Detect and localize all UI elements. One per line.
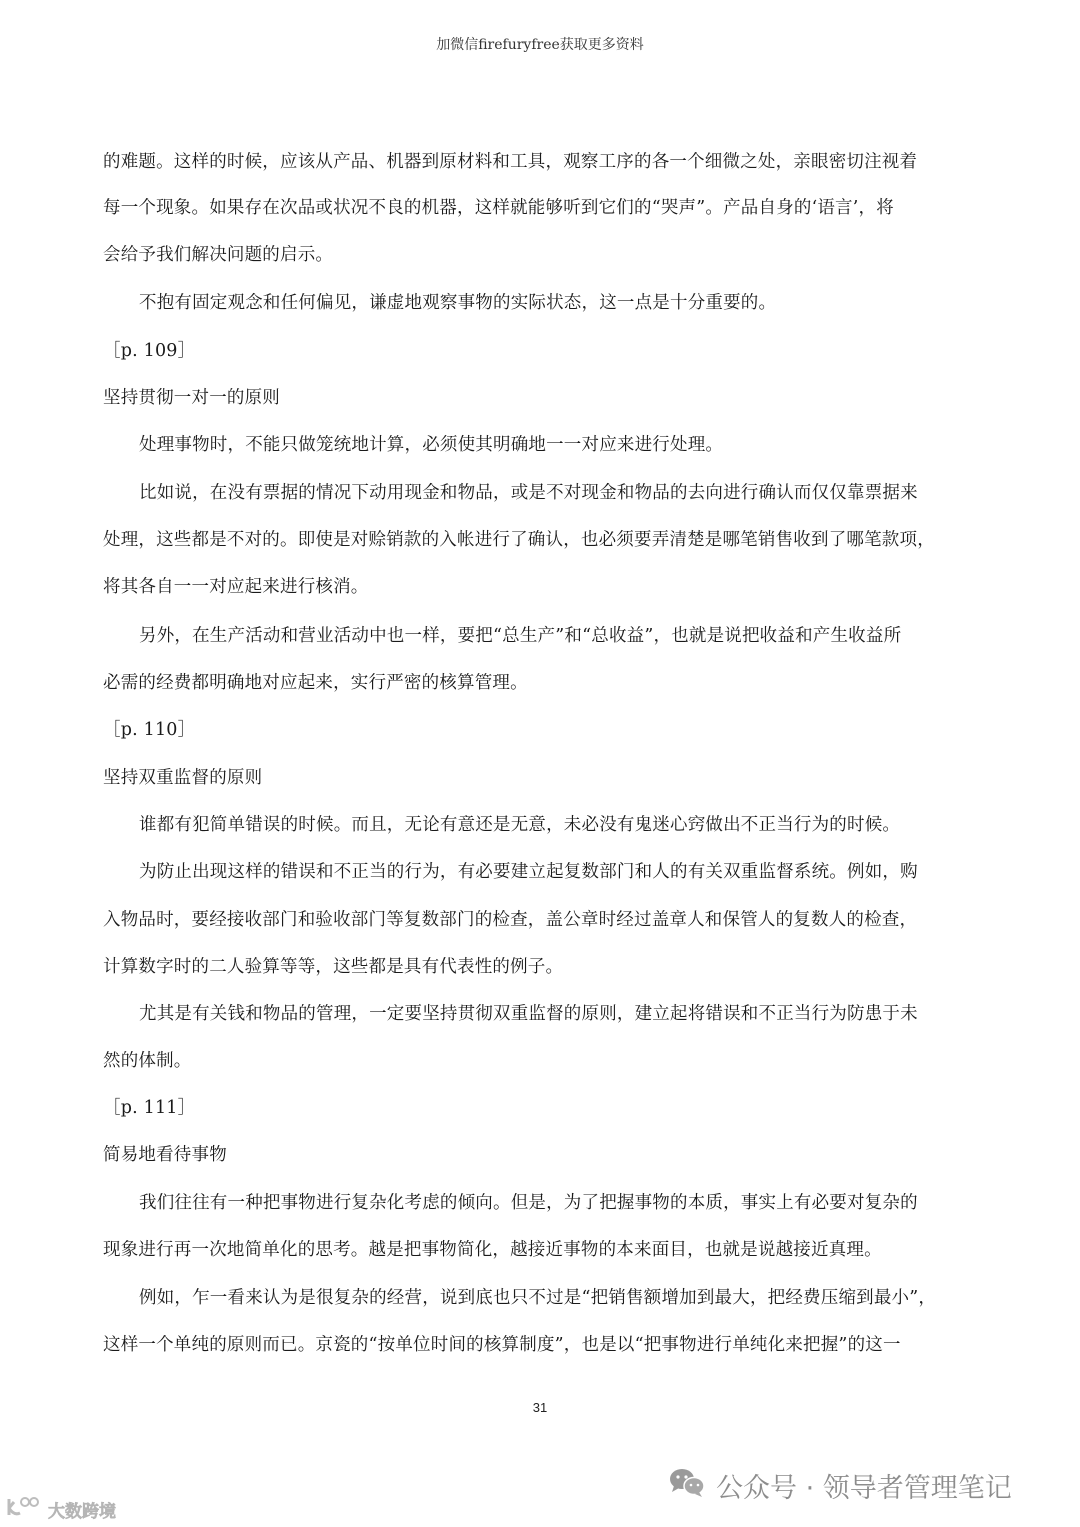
paragraph-line: 为防止出现这样的错误和不正当的行为，有必要建立起复数部门和人的有关双重监督系统。… (139, 860, 918, 884)
watermark-left-text: 大数跨境 (48, 1497, 116, 1522)
paragraph-line: 然的体制。 (103, 1049, 192, 1073)
paragraph-line: 比如说，在没有票据的情况下动用现金和物品，或是不对现金和物品的去向进行确认而仅仅… (139, 481, 918, 505)
paragraph-line: 例如，乍一看来认为是很复杂的经营，说到底也只不过是“把销售额增加到最大，把经费压… (139, 1286, 936, 1310)
paragraph-line: 的难题。这样的时候，应该从产品、机器到原材料和工具，观察工序的各一个细微之处，亲… (103, 150, 917, 174)
paragraph-line: 另外，在生产活动和营业活动中也一样，要把“总生产”和“总收益”，也就是说把收益和… (139, 624, 901, 648)
paragraph-line: 必需的经费都明确地对应起来，实行严密的核算管理。 (103, 671, 528, 695)
page-header: 加微信firefuryfree获取更多资料 (0, 34, 1080, 54)
paragraph-line: 会给予我们解决问题的启示。 (103, 243, 333, 267)
watermark-left: 大数跨境 (6, 1496, 116, 1523)
paragraph-line: 处理，这些都是不对的。即使是对赊销款的入帐进行了确认，也必须要弄清楚是哪笔销售收… (103, 528, 935, 552)
paragraph-line: 入物品时，要经接收部门和验收部门等复数部门的检查，盖公章时经过盖章人和保管人的复… (103, 908, 917, 932)
page-number: 31 (0, 1400, 1080, 1415)
paragraph-line: 现象进行再一次地简单化的思考。越是把事物简化，越接近事物的本来面目，也就是说越接… (103, 1238, 882, 1262)
paragraph-line: 不抱有固定观念和任何偏见，谦虚地观察事物的实际状态，这一点是十分重要的。 (139, 291, 776, 315)
paragraph-line: 计算数字时的二人验算等等，这些都是具有代表性的例子。 (103, 955, 563, 979)
paragraph-line: 我们往往有一种把事物进行复杂化考虑的倾向。但是，为了把握事物的本质，事实上有必要… (139, 1191, 918, 1215)
paragraph-line: 每一个现象。如果存在次品或状况不良的机器，这样就能够听到它们的“哭声”。产品自身… (103, 196, 894, 220)
paragraph-line: 谁都有犯简单错误的时候。而且，无论有意还是无意，未必没有鬼迷心窍做出不正当行为的… (139, 813, 900, 837)
paragraph-line: 尤其是有关钱和物品的管理，一定要坚持贯彻双重监督的原则，建立起将错误和不正当行为… (139, 1002, 918, 1026)
k-logo-icon (6, 1496, 44, 1523)
page-reference: ［p. 109］ (103, 339, 195, 363)
watermark-right: 公众号 · 领导者管理笔记 (668, 1466, 1012, 1505)
page-reference: ［p. 110］ (103, 718, 195, 742)
paragraph-line: 这样一个单纯的原则而已。京瓷的“按单位时间的核算制度”，也是以“把事物进行单纯化… (103, 1333, 901, 1357)
wechat-icon (668, 1466, 708, 1505)
section-heading: 坚持贯彻一对一的原则 (103, 386, 280, 410)
paragraph-line: 处理事物时，不能只做笼统地计算，必须使其明确地一一对应来进行处理。 (139, 433, 723, 457)
paragraph-line: 将其各自一一对应起来进行核消。 (103, 575, 369, 599)
section-heading: 坚持双重监督的原则 (103, 766, 262, 790)
watermark-right-text: 公众号 · 领导者管理笔记 (716, 1466, 1012, 1505)
page-reference: ［p. 111］ (103, 1096, 195, 1120)
section-heading: 简易地看待事物 (103, 1143, 227, 1167)
